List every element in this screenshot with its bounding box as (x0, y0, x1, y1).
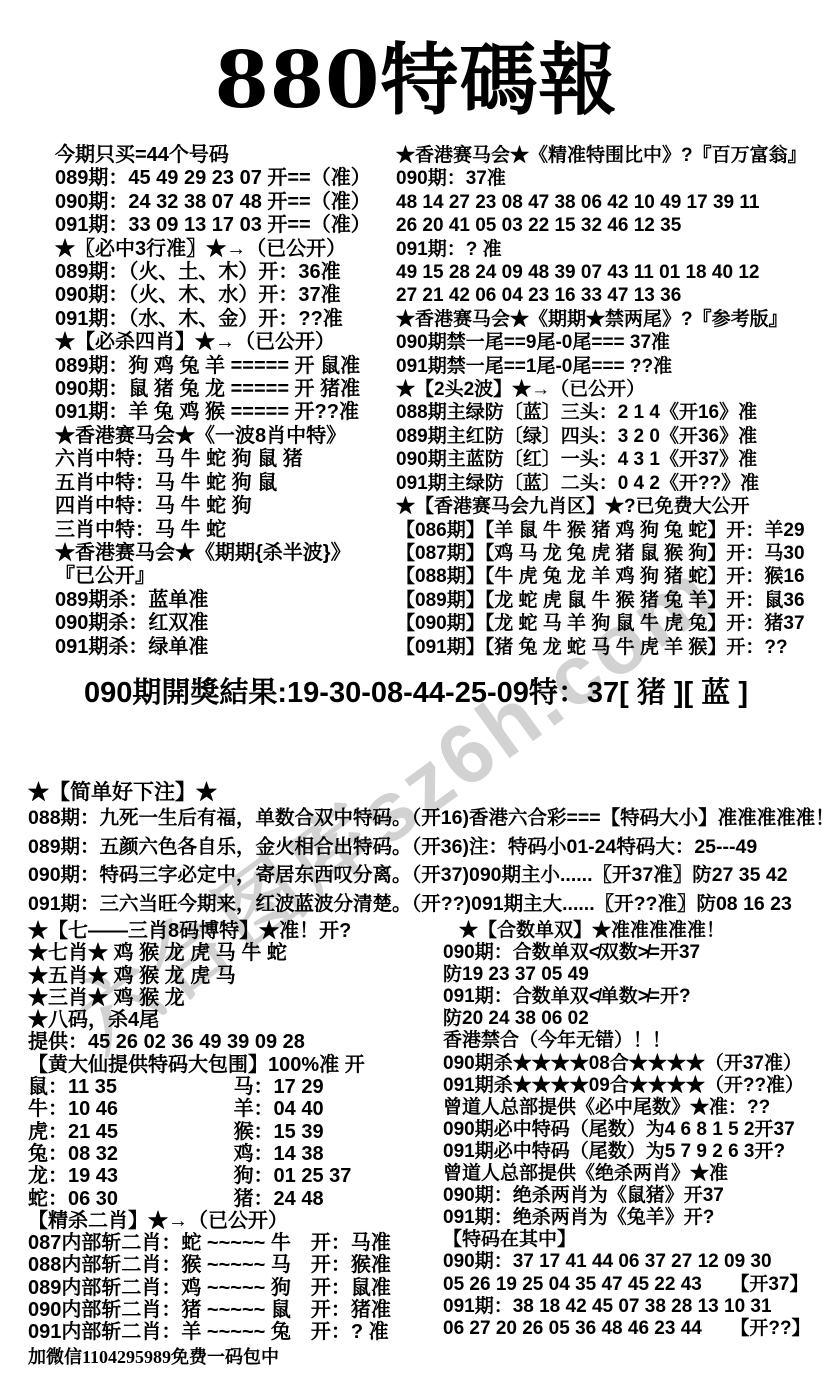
text-line: 088期主绿防〔蓝〕三头：2 1 4《开16》准 (396, 401, 832, 424)
text-line: ★香港赛马会★《精准特围比中》?『百万富翁』 (396, 144, 832, 167)
text-line: 091期：33 09 13 17 03 开==（准） (55, 214, 395, 237)
text-line: 【090期】【龙 蛇 马 羊 狗 鼠 牛 虎 兔】开：猪37 (396, 612, 832, 635)
zodiac-number-table: 鼠：11 35 马：17 29 牛：10 46 羊：04 40 虎：21 45 … (28, 1076, 438, 1210)
text-line: 091期：（水、木、金）开：??准 (55, 308, 395, 331)
text-line: 090期杀★★★★08合★★★★（开37准） (443, 1053, 831, 1075)
zodiac-row: 鼠：11 35 马：17 29 (28, 1076, 438, 1098)
text-line: 091期：羊 兔 鸡 猴 ===== 开??准 (55, 401, 395, 424)
text-line: 090期：24 32 38 07 48 开==（准） (55, 191, 395, 214)
text-line: 06 27 20 26 05 36 48 46 23 44 【开??】 (443, 1318, 831, 1340)
text-line: 【089期】【龙 蛇 虎 鼠 牛 猴 猪 兔 羊】开：鼠36 (396, 589, 832, 612)
text-line: 六肖中特：马 牛 蛇 狗 鼠 猪 (55, 448, 395, 471)
text-line: 曾道人总部提供《绝杀两肖》★准 (443, 1163, 831, 1185)
text-line: 090期主蓝防〔红〕一头：4 3 1《开37》准 (396, 448, 832, 471)
text-line: 090期：合数单双≮双数≯=开37 (443, 942, 831, 964)
text-line: 089期：45 49 29 23 07 开==（准） (55, 167, 395, 190)
text-line: 091期必中特码（尾数）为5 7 9 2 6 3开? (443, 1141, 831, 1163)
text-line: ★【2头2波】★→（已公开） (396, 378, 832, 401)
wechat-contact-note: 加微信1104295989免费一码包中 (28, 1346, 438, 1368)
text-line: 49 15 28 24 09 48 39 07 43 11 01 18 40 1… (396, 261, 832, 284)
zodiac-row: 蛇：06 30 猪：24 48 (28, 1188, 438, 1210)
zodiac-cell-left: 牛：10 46 (28, 1098, 228, 1120)
text-line: ★【香港赛马会九肖区】★?已免费大公开 (396, 495, 832, 518)
text-line: 089期主红防〔绿〕四头：3 2 0《开36》准 (396, 425, 832, 448)
text-line: 【086期】【羊 鼠 牛 猴 猪 鸡 狗 兔 蛇】开：羊29 (396, 519, 832, 542)
text-line: 提供：45 26 02 36 49 39 09 28 (28, 1031, 438, 1053)
text-line: ★三肖★ 鸡 猴 龙 (28, 987, 438, 1009)
text-line: 091期：合数单双≮单数≯=开? (443, 986, 831, 1008)
top-left-column: 今期只买=44个号码089期：45 49 29 23 07 开==（准）090期… (55, 144, 395, 659)
text-line: 【088期】【牛 虎 兔 龙 羊 鸡 狗 猪 蛇】开：猴16 (396, 565, 832, 588)
poem-line: 090期：特码三字必定中，寄居东西叹分离。（开37)090期主小......〖开… (28, 861, 828, 890)
text-line: 27 21 42 06 04 23 16 33 47 13 36 (396, 284, 832, 307)
text-line: 26 20 41 05 03 22 15 32 46 12 35 (396, 214, 832, 237)
bottom-left-column: ★【七——三肖8码博特】★准！开?★七肖★ 鸡 猴 龙 虎 马 牛 蛇★五肖★ … (28, 920, 438, 1368)
text-line: 091期：38 18 42 45 07 38 28 13 10 31 (443, 1296, 831, 1318)
text-line: 曾道人总部提供《必中尾数》★准：?? (443, 1097, 831, 1119)
text-line: 089期：（火、土、木）开：36准 (55, 261, 395, 284)
zodiac-cell-left: 鼠：11 35 (28, 1076, 228, 1098)
text-line: 090期：（火、木、水）开：37准 (55, 284, 395, 307)
text-line: 香港禁合（今年无错）！！ (443, 1030, 831, 1052)
text-line: 【特码在其中】 (443, 1229, 831, 1251)
text-line: ★香港赛马会★《一波8肖中特》 (55, 425, 395, 448)
zodiac-cell-right: 狗：01 25 37 (234, 1165, 352, 1187)
zodiac-cell-left: 蛇：06 30 (28, 1188, 228, 1210)
text-line: 090期必中特码（尾数）为4 6 8 1 5 2开37 (443, 1119, 831, 1141)
zodiac-cell-right: 猴：15 39 (234, 1121, 324, 1143)
text-line: 091期：绝杀两肖为《兔羊》开? (443, 1207, 831, 1229)
zodiac-cell-right: 羊：04 40 (234, 1098, 324, 1120)
text-line: 090内部斩二肖：猪 ~~~~~ 鼠 开：猪准 (28, 1299, 438, 1321)
text-line: ★【七——三肖8码博特】★准！开? (28, 920, 438, 942)
text-line: ★【必杀四肖】★→（已公开） (55, 331, 395, 354)
text-line: 今期只买=44个号码 (55, 144, 395, 167)
bottom-right-column: ★【合数单双】★准准准准准！090期：合数单双≮双数≯=开37防19 23 37… (443, 920, 831, 1340)
text-line: 三肖中特：马 牛 蛇 (55, 519, 395, 542)
text-line: 四肖中特：马 牛 蛇 狗 (55, 495, 395, 518)
text-line: 090期：37准 (396, 167, 832, 190)
text-line: 091期：? 准 (396, 238, 832, 261)
text-line: ★七肖★ 鸡 猴 龙 虎 马 牛 蛇 (28, 942, 438, 964)
text-line: 091期杀★★★★09合★★★★（开??准） (443, 1075, 831, 1097)
poem-line: 091期：三六当旺今期来，红波蓝波分清楚。（开??)091期主大......〖开… (28, 890, 828, 919)
top-right-column: ★香港赛马会★《精准特围比中》?『百万富翁』090期：37准48 14 27 2… (396, 144, 832, 659)
zodiac-row: 龙：19 43 狗：01 25 37 (28, 1165, 438, 1187)
text-line: 087内部斩二肖：蛇 ~~~~~ 牛 开：马准 (28, 1232, 438, 1254)
text-line: 091内部斩二肖：羊 ~~~~~ 兔 开：? 准 (28, 1321, 438, 1343)
text-line: ★香港赛马会★《期期★禁两尾》?『参考版』 (396, 308, 832, 331)
text-line: ★〖必中3行准〗★→（已公开） (55, 238, 395, 261)
zodiac-row: 牛：10 46 羊：04 40 (28, 1098, 438, 1120)
text-line: 【精杀二肖】★→（已公开） (28, 1210, 438, 1232)
page-title: 880特碼報 (0, 18, 832, 130)
text-line: 090期杀：红双准 (55, 612, 395, 635)
text-line: 防19 23 37 05 49 (443, 964, 831, 986)
text-line: 089内部斩二肖：鸡 ~~~~~ 狗 开：鼠准 (28, 1277, 438, 1299)
poem-line: 088期：九死一生后有福，单数合双中特码。（开16)香港六合彩===【特码大小】… (28, 804, 828, 833)
poem-lines: 088期：九死一生后有福，单数合双中特码。（开16)香港六合彩===【特码大小】… (28, 804, 828, 918)
text-line: 『已公开』 (55, 565, 395, 588)
text-line: 090期：绝杀两肖为《鼠猪》开37 (443, 1185, 831, 1207)
text-line: 48 14 27 23 08 47 38 06 42 10 49 17 39 1… (396, 191, 832, 214)
zodiac-cell-right: 马：17 29 (234, 1076, 324, 1098)
text-line: 【黄大仙提供特码大包围】100%准 开 (28, 1054, 438, 1076)
text-line: 089期杀：蓝单准 (55, 589, 395, 612)
text-line: ★八码，杀4尾 (28, 1009, 438, 1031)
zodiac-cell-left: 兔：08 32 (28, 1143, 228, 1165)
text-line: 五肖中特：马 牛 蛇 狗 鼠 (55, 472, 395, 495)
poem-line: 089期：五颜六色各自乐，金火相合出特码。（开36)注：特码小01-24特码大：… (28, 833, 828, 862)
zodiac-cell-right: 鸡：14 38 (234, 1143, 324, 1165)
text-line: 091期主绿防〔蓝〕二头：0 4 2《开??》准 (396, 472, 832, 495)
text-line: 090期：鼠 猪 兔 龙 ===== 开 猪准 (55, 378, 395, 401)
text-line: 05 26 19 25 04 35 47 45 22 43 【开37】 (443, 1274, 831, 1296)
zodiac-cell-left: 虎：21 45 (28, 1121, 228, 1143)
zodiac-row: 虎：21 45 猴：15 39 (28, 1121, 438, 1143)
text-line: ★【合数单双】★准准准准准！ (443, 920, 831, 942)
draw-result-banner: 090期開獎結果:19-30-08-44-25-09特：37[ 猪 ][ 蓝 ] (84, 670, 748, 711)
bottom-left-tips: ★【七——三肖8码博特】★准！开?★七肖★ 鸡 猴 龙 虎 马 牛 蛇★五肖★ … (28, 920, 438, 1076)
zodiac-cell-right: 猪：24 48 (234, 1188, 324, 1210)
text-line: 090期：37 17 41 44 06 37 27 12 09 30 (443, 1251, 831, 1273)
kill-two-zodiac-section: 【精杀二肖】★→（已公开）087内部斩二肖：蛇 ~~~~~ 牛 开：马准088内… (28, 1210, 438, 1344)
text-line: 【087期】【鸡 马 龙 兔 虎 猪 鼠 猴 狗】开：马30 (396, 542, 832, 565)
text-line: 089期：狗 鸡 兔 羊 ===== 开 鼠准 (55, 355, 395, 378)
text-line: 091期杀：绿单准 (55, 636, 395, 659)
text-line: 【091期】【猪 兔 龙 蛇 马 牛 虎 羊 猴】开：?? (396, 636, 832, 659)
text-line: 091期禁一尾==1尾-0尾=== ??准 (396, 355, 832, 378)
zodiac-row: 兔：08 32 鸡：14 38 (28, 1143, 438, 1165)
text-line: 防20 24 38 06 02 (443, 1008, 831, 1030)
text-line: 090期禁一尾==9尾-0尾=== 37准 (396, 331, 832, 354)
text-line: ★五肖★ 鸡 猴 龙 虎 马 (28, 965, 438, 987)
text-line: ★香港赛马会★《期期{杀半波}》 (55, 542, 395, 565)
text-line: 088内部斩二肖：猴 ~~~~~ 马 开：猴准 (28, 1254, 438, 1276)
bottom-left-header: ★【简单好下注】★ (28, 776, 217, 806)
zodiac-cell-left: 龙：19 43 (28, 1165, 228, 1187)
